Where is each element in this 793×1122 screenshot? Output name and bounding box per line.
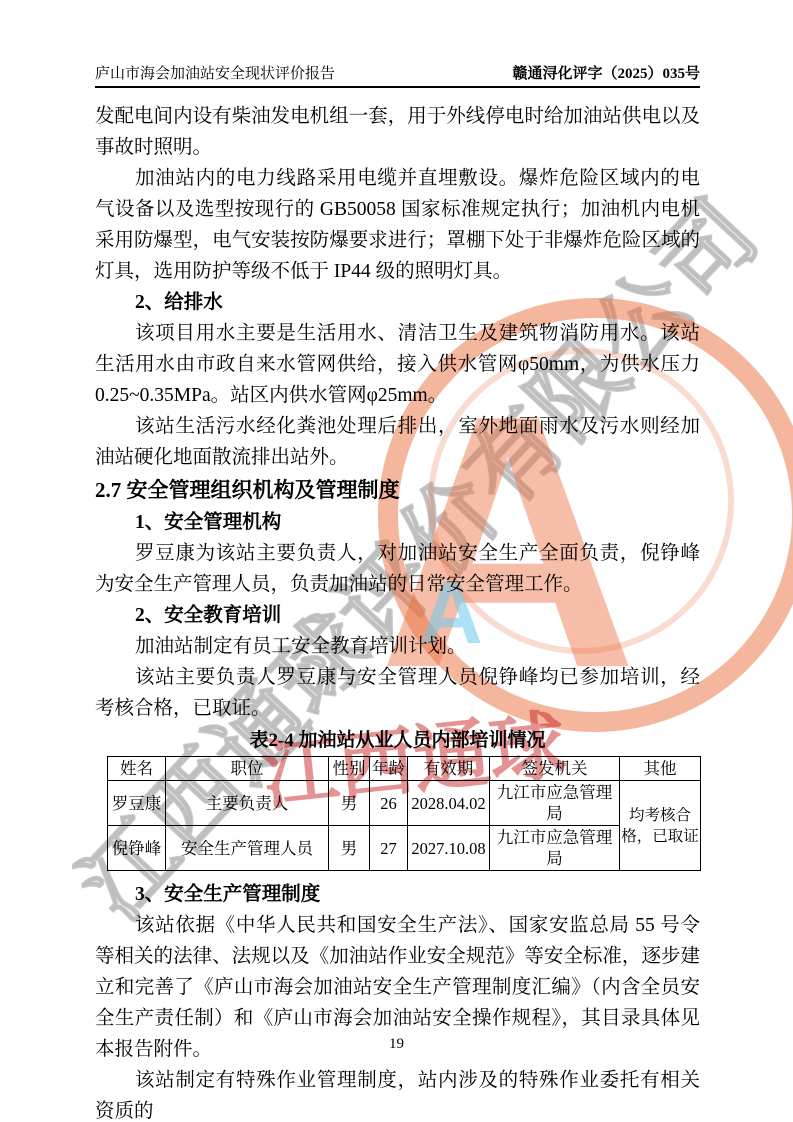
col-header-gender: 性别 bbox=[329, 757, 370, 781]
col-header-other: 其他 bbox=[620, 757, 701, 781]
heading-section-2-7: 2.7 安全管理组织机构及管理制度 bbox=[95, 473, 700, 507]
cell-name: 倪铮峰 bbox=[108, 826, 166, 871]
page-number: 19 bbox=[0, 1036, 793, 1053]
paragraph-power-generator: 发配电间内设有柴油发电机组一套，用于外线停电时给加油站供电以及事故时照明。 bbox=[95, 101, 700, 163]
cell-position: 主要负责人 bbox=[166, 781, 329, 826]
document-body: 发配电间内设有柴油发电机组一套，用于外线停电时给加油站供电以及事故时照明。 加油… bbox=[95, 101, 700, 1122]
cell-position: 安全生产管理人员 bbox=[166, 826, 329, 871]
cell-issuing-authority: 九江市应急管理局 bbox=[490, 826, 620, 871]
paragraph-special-operations: 该站制定有特殊作业管理制度，站内涉及的特殊作业委托有相关资质的 bbox=[95, 1065, 700, 1122]
document-page: 江西通球评价有限公司 A A 江西通球 庐山市海会加油站安全现状评价报告 赣通浔… bbox=[0, 0, 793, 1122]
cell-other-merged: 均考核合格，已取证 bbox=[620, 781, 701, 871]
col-header-validity: 有效期 bbox=[408, 757, 490, 781]
heading-water-supply: 2、给排水 bbox=[95, 287, 700, 318]
cell-age: 27 bbox=[370, 826, 408, 871]
paragraph-sewage: 该站生活污水经化粪池处理后排出，室外地面雨水及污水则经加油站硬化地面散流排出站外… bbox=[95, 411, 700, 473]
cell-gender: 男 bbox=[329, 781, 370, 826]
training-table: 姓名 职位 性别 年龄 有效期 签发机关 其他 罗豆康 主要负责人 男 26 2… bbox=[107, 756, 701, 871]
col-header-age: 年龄 bbox=[370, 757, 408, 781]
page-header: 庐山市海会加油站安全现状评价报告 赣通浔化评字（2025）035号 bbox=[95, 58, 700, 88]
paragraph-training-passed: 该站主要负责人罗豆康与安全管理人员倪铮峰均已参加培训，经考核合格，已取证。 bbox=[95, 662, 700, 724]
col-header-position: 职位 bbox=[166, 757, 329, 781]
col-header-name: 姓名 bbox=[108, 757, 166, 781]
header-report-title: 庐山市海会加油站安全现状评价报告 bbox=[95, 62, 335, 86]
cell-name: 罗豆康 bbox=[108, 781, 166, 826]
table-row: 倪铮峰 安全生产管理人员 男 27 2027.10.08 九江市应急管理局 bbox=[108, 826, 701, 871]
table-header-row: 姓名 职位 性别 年龄 有效期 签发机关 其他 bbox=[108, 757, 701, 781]
cell-issuing-authority: 九江市应急管理局 bbox=[490, 781, 620, 826]
heading-safety-management-system: 3、安全生产管理制度 bbox=[95, 879, 700, 910]
col-header-issuing-authority: 签发机关 bbox=[490, 757, 620, 781]
heading-safety-org: 1、安全管理机构 bbox=[95, 507, 700, 538]
content-layer: 庐山市海会加油站安全现状评价报告 赣通浔化评字（2025）035号 发配电间内设… bbox=[0, 0, 793, 1122]
cell-validity: 2028.04.02 bbox=[408, 781, 490, 826]
cell-age: 26 bbox=[370, 781, 408, 826]
heading-safety-education: 2、安全教育培训 bbox=[95, 600, 700, 631]
paragraph-responsible-persons: 罗豆康为该站主要负责人，对加油站安全生产全面负责，倪铮峰为安全生产管理人员，负责… bbox=[95, 538, 700, 600]
paragraph-electric-lines: 加油站内的电力线路采用电缆并直埋敷设。爆炸危险区域内的电气设备以及选型按现行的 … bbox=[95, 163, 700, 287]
header-document-number: 赣通浔化评字（2025）035号 bbox=[512, 62, 700, 86]
table-row: 罗豆康 主要负责人 男 26 2028.04.02 九江市应急管理局 均考核合格… bbox=[108, 781, 701, 826]
cell-validity: 2027.10.08 bbox=[408, 826, 490, 871]
paragraph-training-plan: 加油站制定有员工安全教育培训计划。 bbox=[95, 631, 700, 662]
cell-gender: 男 bbox=[329, 826, 370, 871]
table-caption: 表2-4 加油站从业人员内部培训情况 bbox=[95, 726, 700, 756]
paragraph-water-usage: 该项目用水主要是生活用水、清洁卫生及建筑物消防用水。该站生活用水由市政自来水管网… bbox=[95, 318, 700, 411]
